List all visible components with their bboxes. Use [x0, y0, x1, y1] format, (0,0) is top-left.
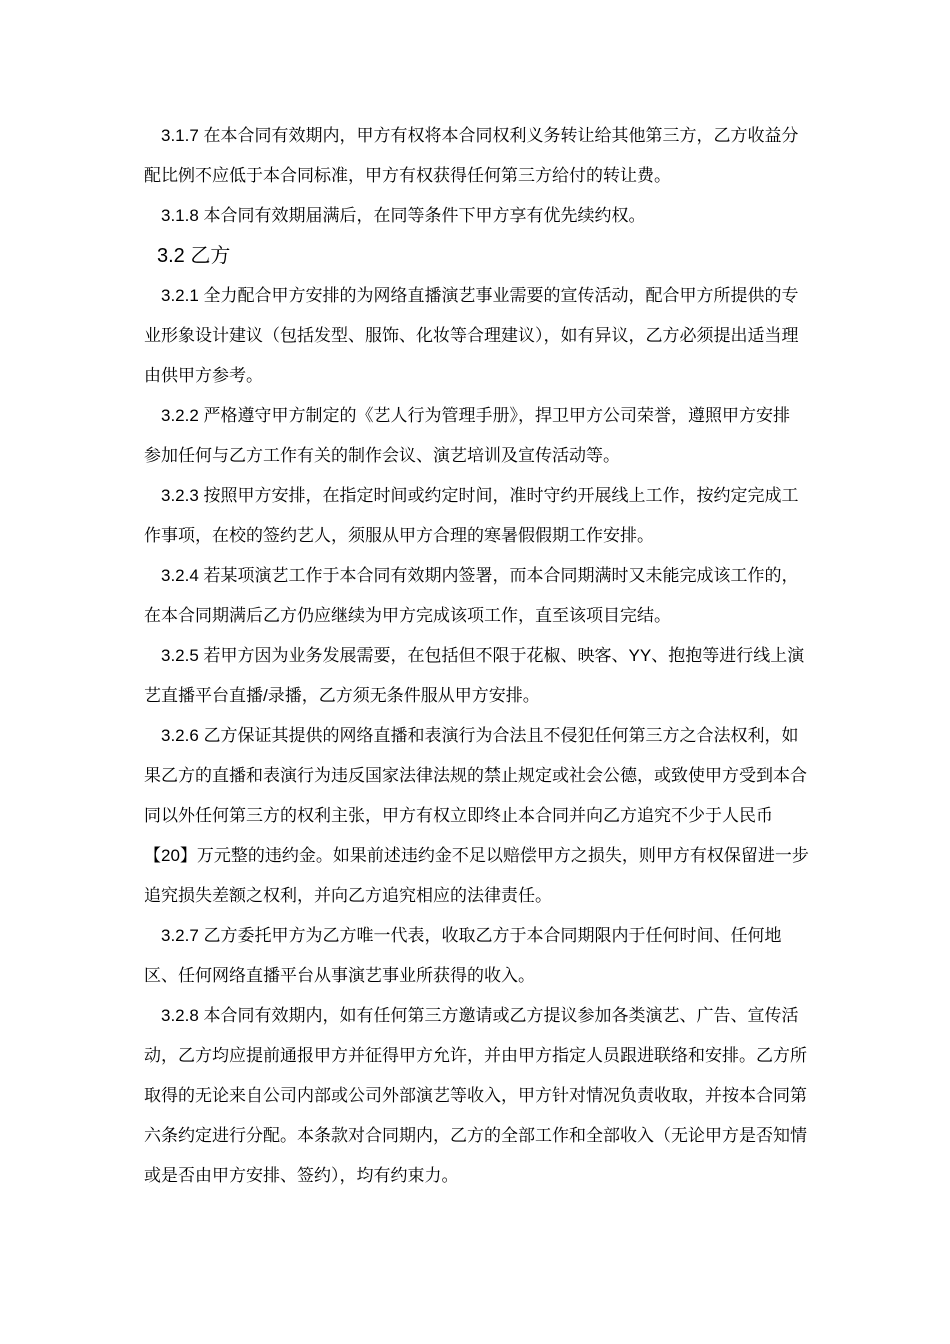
text-line: 作事项，在校的签约艺人，须服从甲方合理的寒暑假假期工作安排。 — [144, 516, 834, 556]
paragraph-3.2.1: 3.2.1 全力配合甲方安排的为网络直播演艺事业需要的宣传活动，配合甲方所提供的… — [144, 276, 834, 396]
document-page: 3.1.7 在本合同有效期内，甲方有权将本合同权利义务转让给其他第三方，乙方收益… — [0, 0, 950, 1344]
text-line: 区、任何网络直播平台从事演艺事业所获得的收入。 — [144, 956, 834, 996]
text-line: 3.1.8 本合同有效期届满后，在同等条件下甲方享有优先续约权。 — [144, 196, 834, 236]
paragraph-3.2.4: 3.2.4 若某项演艺工作于本合同有效期内签署，而本合同期满时又未能完成该工作的… — [144, 556, 834, 636]
paragraph-3.2.7: 3.2.7 乙方委托甲方为乙方唯一代表，收取乙方于本合同期限内于任何时间、任何地… — [144, 916, 834, 996]
text-line: 【20】万元整的违约金。如果前述违约金不足以赔偿甲方之损失，则甲方有权保留进一步 — [144, 836, 834, 876]
paragraph-3.1.7: 3.1.7 在本合同有效期内，甲方有权将本合同权利义务转让给其他第三方，乙方收益… — [144, 116, 834, 196]
document-content: 3.1.7 在本合同有效期内，甲方有权将本合同权利义务转让给其他第三方，乙方收益… — [144, 116, 834, 1196]
text-line: 取得的无论来自公司内部或公司外部演艺等收入，甲方针对情况负责收取，并按本合同第 — [144, 1076, 834, 1116]
paragraph-3.1.8: 3.1.8 本合同有效期届满后，在同等条件下甲方享有优先续约权。 — [144, 196, 834, 236]
text-line: 3.2.4 若某项演艺工作于本合同有效期内签署，而本合同期满时又未能完成该工作的… — [144, 556, 834, 596]
text-line: 3.2.1 全力配合甲方安排的为网络直播演艺事业需要的宣传活动，配合甲方所提供的… — [144, 276, 834, 316]
text-line: 3.2.7 乙方委托甲方为乙方唯一代表，收取乙方于本合同期限内于任何时间、任何地 — [144, 916, 834, 956]
text-line: 3.2.6 乙方保证其提供的网络直播和表演行为合法且不侵犯任何第三方之合法权利，… — [144, 716, 834, 756]
text-line: 3.2.3 按照甲方安排，在指定时间或约定时间，准时守约开展线上工作，按约定完成… — [144, 476, 834, 516]
text-line: 同以外任何第三方的权利主张，甲方有权立即终止本合同并向乙方追究不少于人民币 — [144, 796, 834, 836]
text-line: 业形象设计建议（包括发型、服饰、化妆等合理建议），如有异议，乙方必须提出适当理 — [144, 316, 834, 356]
text-line: 在本合同期满后乙方仍应继续为甲方完成该项工作，直至该项目完结。 — [144, 596, 834, 636]
text-line: 3.2.8 本合同有效期内，如有任何第三方邀请或乙方提议参加各类演艺、广告、宣传… — [144, 996, 834, 1036]
text-line: 六条约定进行分配。本条款对合同期内，乙方的全部工作和全部收入（无论甲方是否知情 — [144, 1116, 834, 1156]
text-line: 艺直播平台直播/录播，乙方须无条件服从甲方安排。 — [144, 676, 834, 716]
paragraph-3.2.5: 3.2.5 若甲方因为业务发展需要，在包括但不限于花椒、映客、YY、抱抱等进行线… — [144, 636, 834, 716]
paragraph-3.2.6: 3.2.6 乙方保证其提供的网络直播和表演行为合法且不侵犯任何第三方之合法权利，… — [144, 716, 834, 916]
text-line: 参加任何与乙方工作有关的制作会议、演艺培训及宣传活动等。 — [144, 436, 834, 476]
paragraph-3.2.3: 3.2.3 按照甲方安排，在指定时间或约定时间，准时守约开展线上工作，按约定完成… — [144, 476, 834, 556]
paragraph-3.2.2: 3.2.2 严格遵守甲方制定的《艺人行为管理手册》，捍卫甲方公司荣誉，遵照甲方安… — [144, 396, 834, 476]
section-heading: 3.2 乙方 — [144, 236, 834, 276]
paragraph-3.2.8: 3.2.8 本合同有效期内，如有任何第三方邀请或乙方提议参加各类演艺、广告、宣传… — [144, 996, 834, 1196]
text-line: 由供甲方参考。 — [144, 356, 834, 396]
text-line: 3.2.5 若甲方因为业务发展需要，在包括但不限于花椒、映客、YY、抱抱等进行线… — [144, 636, 834, 676]
text-line: 追究损失差额之权利，并向乙方追究相应的法律责任。 — [144, 876, 834, 916]
text-line: 果乙方的直播和表演行为违反国家法律法规的禁止规定或社会公德，或致使甲方受到本合 — [144, 756, 834, 796]
text-line: 或是否由甲方安排、签约），均有约束力。 — [144, 1156, 834, 1196]
paragraph-3.2: 3.2 乙方 — [144, 236, 834, 276]
text-line: 3.2.2 严格遵守甲方制定的《艺人行为管理手册》，捍卫甲方公司荣誉，遵照甲方安… — [144, 396, 834, 436]
text-line: 配比例不应低于本合同标准，甲方有权获得任何第三方给付的转让费。 — [144, 156, 834, 196]
text-line: 动，乙方均应提前通报甲方并征得甲方允许，并由甲方指定人员跟进联络和安排。乙方所 — [144, 1036, 834, 1076]
text-line: 3.1.7 在本合同有效期内，甲方有权将本合同权利义务转让给其他第三方，乙方收益… — [144, 116, 834, 156]
